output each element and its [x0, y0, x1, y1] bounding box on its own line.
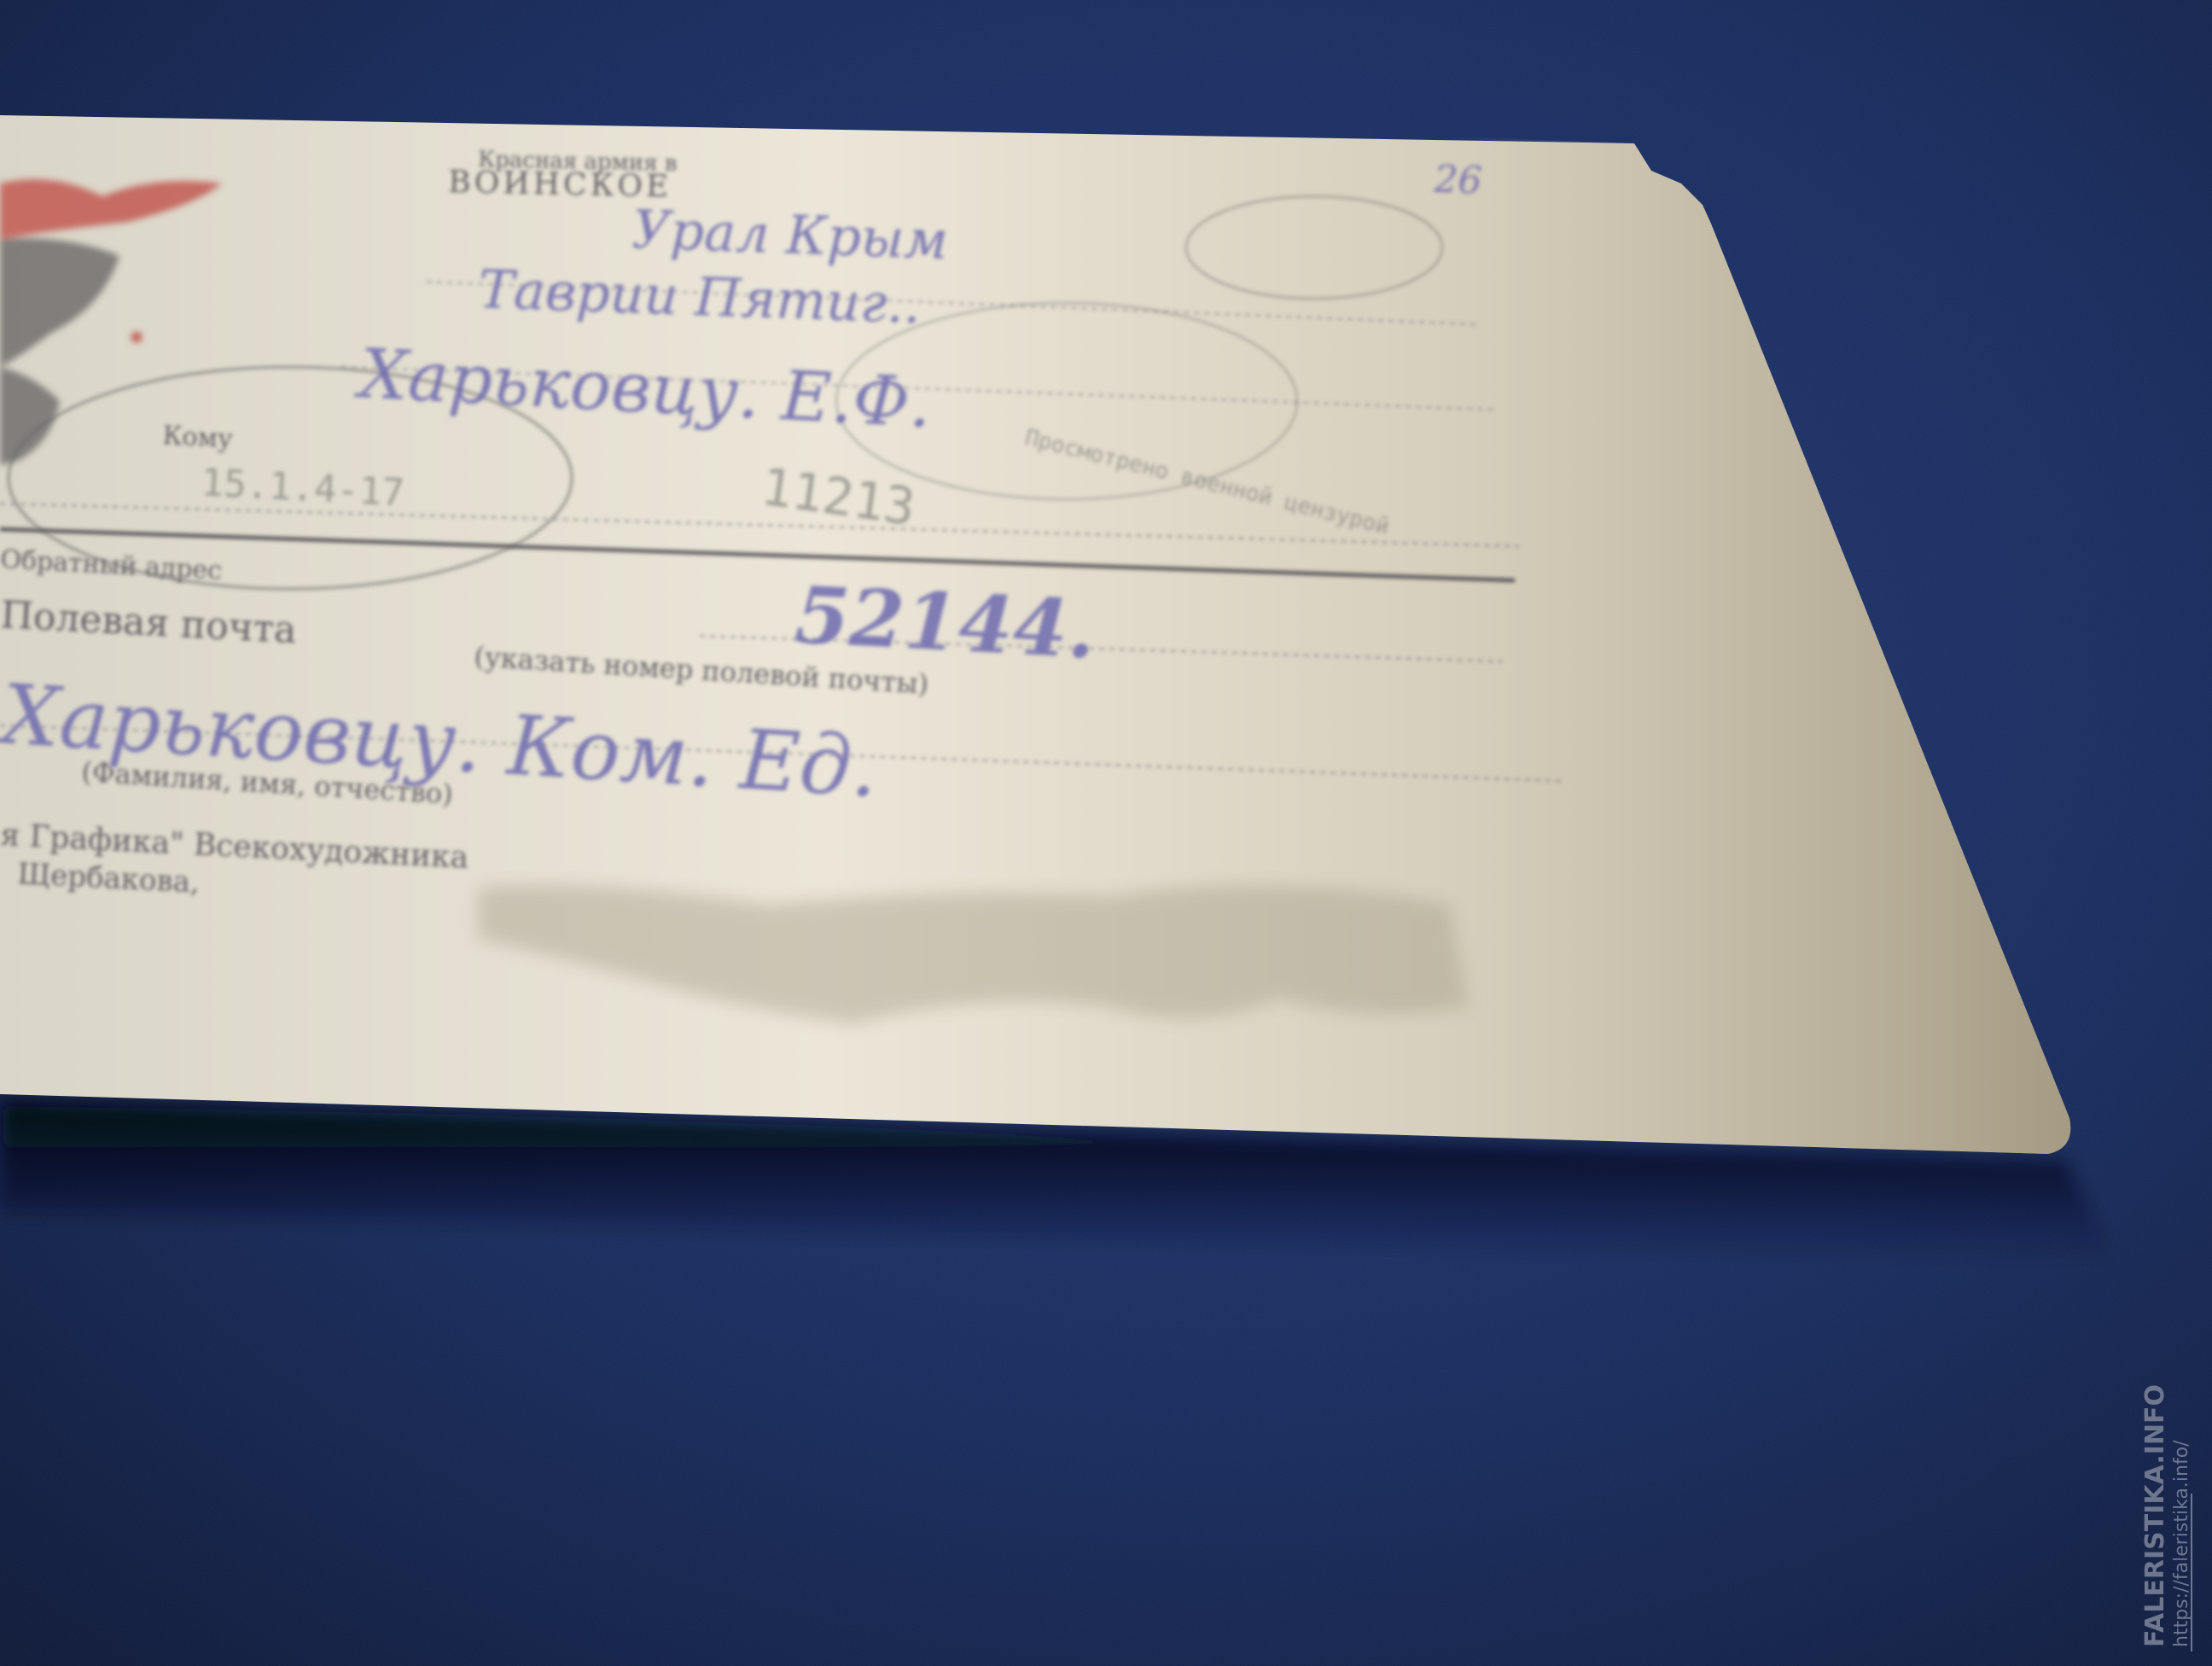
watermark-brand: FALERISTIKA.INFO — [2140, 1384, 2170, 1647]
field-post-number: 52144. — [793, 568, 1097, 676]
to-label: Кому — [162, 421, 234, 454]
corner-mark: 26 — [1433, 158, 1483, 203]
watermark-url: https://faleristika.info/ — [2171, 1440, 2192, 1647]
recipient-line-1: Урал Крым — [631, 198, 949, 271]
photo-scene: Красная армия в ВОИНСКОЕ Кому Обратный а… — [0, 0, 2212, 1666]
